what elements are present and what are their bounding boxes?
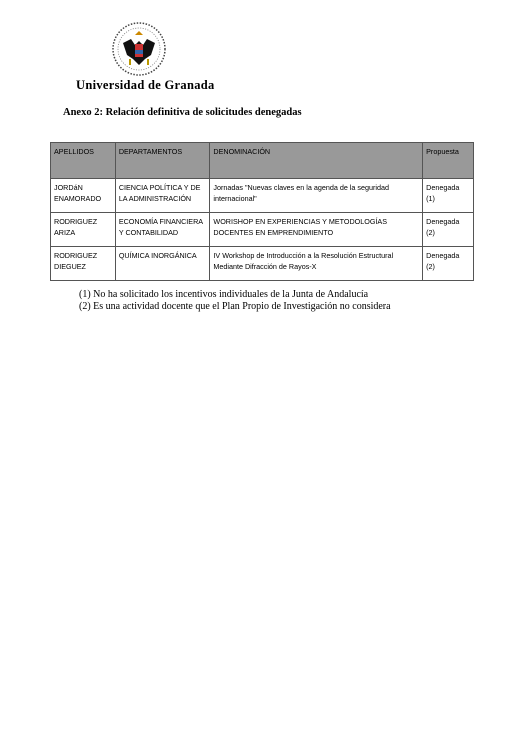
denied-requests-table: APELLIDOS DEPARTAMENTOS DENOMINACIÓN Pro… xyxy=(50,142,474,281)
cell-denominacion: Jornadas "Nuevas claves en la agenda de … xyxy=(210,179,423,213)
column-header-propuesta: Propuesta xyxy=(423,143,474,179)
footnotes: (1) No ha solicitado los incentivos indi… xyxy=(79,289,391,313)
cell-denominacion: IV Workshop de Introducción a la Resoluc… xyxy=(210,247,423,281)
column-header-departamentos: DEPARTAMENTOS xyxy=(115,143,210,179)
footnote-1: (1) No ha solicitado los incentivos indi… xyxy=(79,289,391,301)
column-header-apellidos: APELLIDOS xyxy=(51,143,116,179)
cell-apellidos: JORDáN ENAMORADO xyxy=(51,179,116,213)
cell-departamento: QUÍMICA INORGÁNICA xyxy=(115,247,210,281)
cell-propuesta: Denegada (1) xyxy=(423,179,474,213)
cell-departamento: CIENCIA POLÍTICA Y DE LA ADMINISTRACIÓN xyxy=(115,179,210,213)
university-seal-icon xyxy=(111,21,167,77)
table-row: RODRIGUEZ ARIZA ECONOMÍA FINANCIERA Y CO… xyxy=(51,213,474,247)
table-header-row: APELLIDOS DEPARTAMENTOS DENOMINACIÓN Pro… xyxy=(51,143,474,179)
cell-propuesta: Denegada (2) xyxy=(423,247,474,281)
table-row: RODRIGUEZ DIEGUEZ QUÍMICA INORGÁNICA IV … xyxy=(51,247,474,281)
document-title: Anexo 2: Relación definitiva de solicitu… xyxy=(63,107,302,118)
table-row: JORDáN ENAMORADO CIENCIA POLÍTICA Y DE L… xyxy=(51,179,474,213)
cell-denominacion: WORISHOP EN EXPERIENCIAS Y METODOLOGÍAS … xyxy=(210,213,423,247)
cell-apellidos: RODRIGUEZ DIEGUEZ xyxy=(51,247,116,281)
cell-departamento: ECONOMÍA FINANCIERA Y CONTABILIDAD xyxy=(115,213,210,247)
cell-apellidos: RODRIGUEZ ARIZA xyxy=(51,213,116,247)
institution-name: Universidad de Granada xyxy=(76,78,215,93)
column-header-denominacion: DENOMINACIÓN xyxy=(210,143,423,179)
cell-propuesta: Denegada (2) xyxy=(423,213,474,247)
footnote-2: (2) Es una actividad docente que el Plan… xyxy=(79,301,391,313)
